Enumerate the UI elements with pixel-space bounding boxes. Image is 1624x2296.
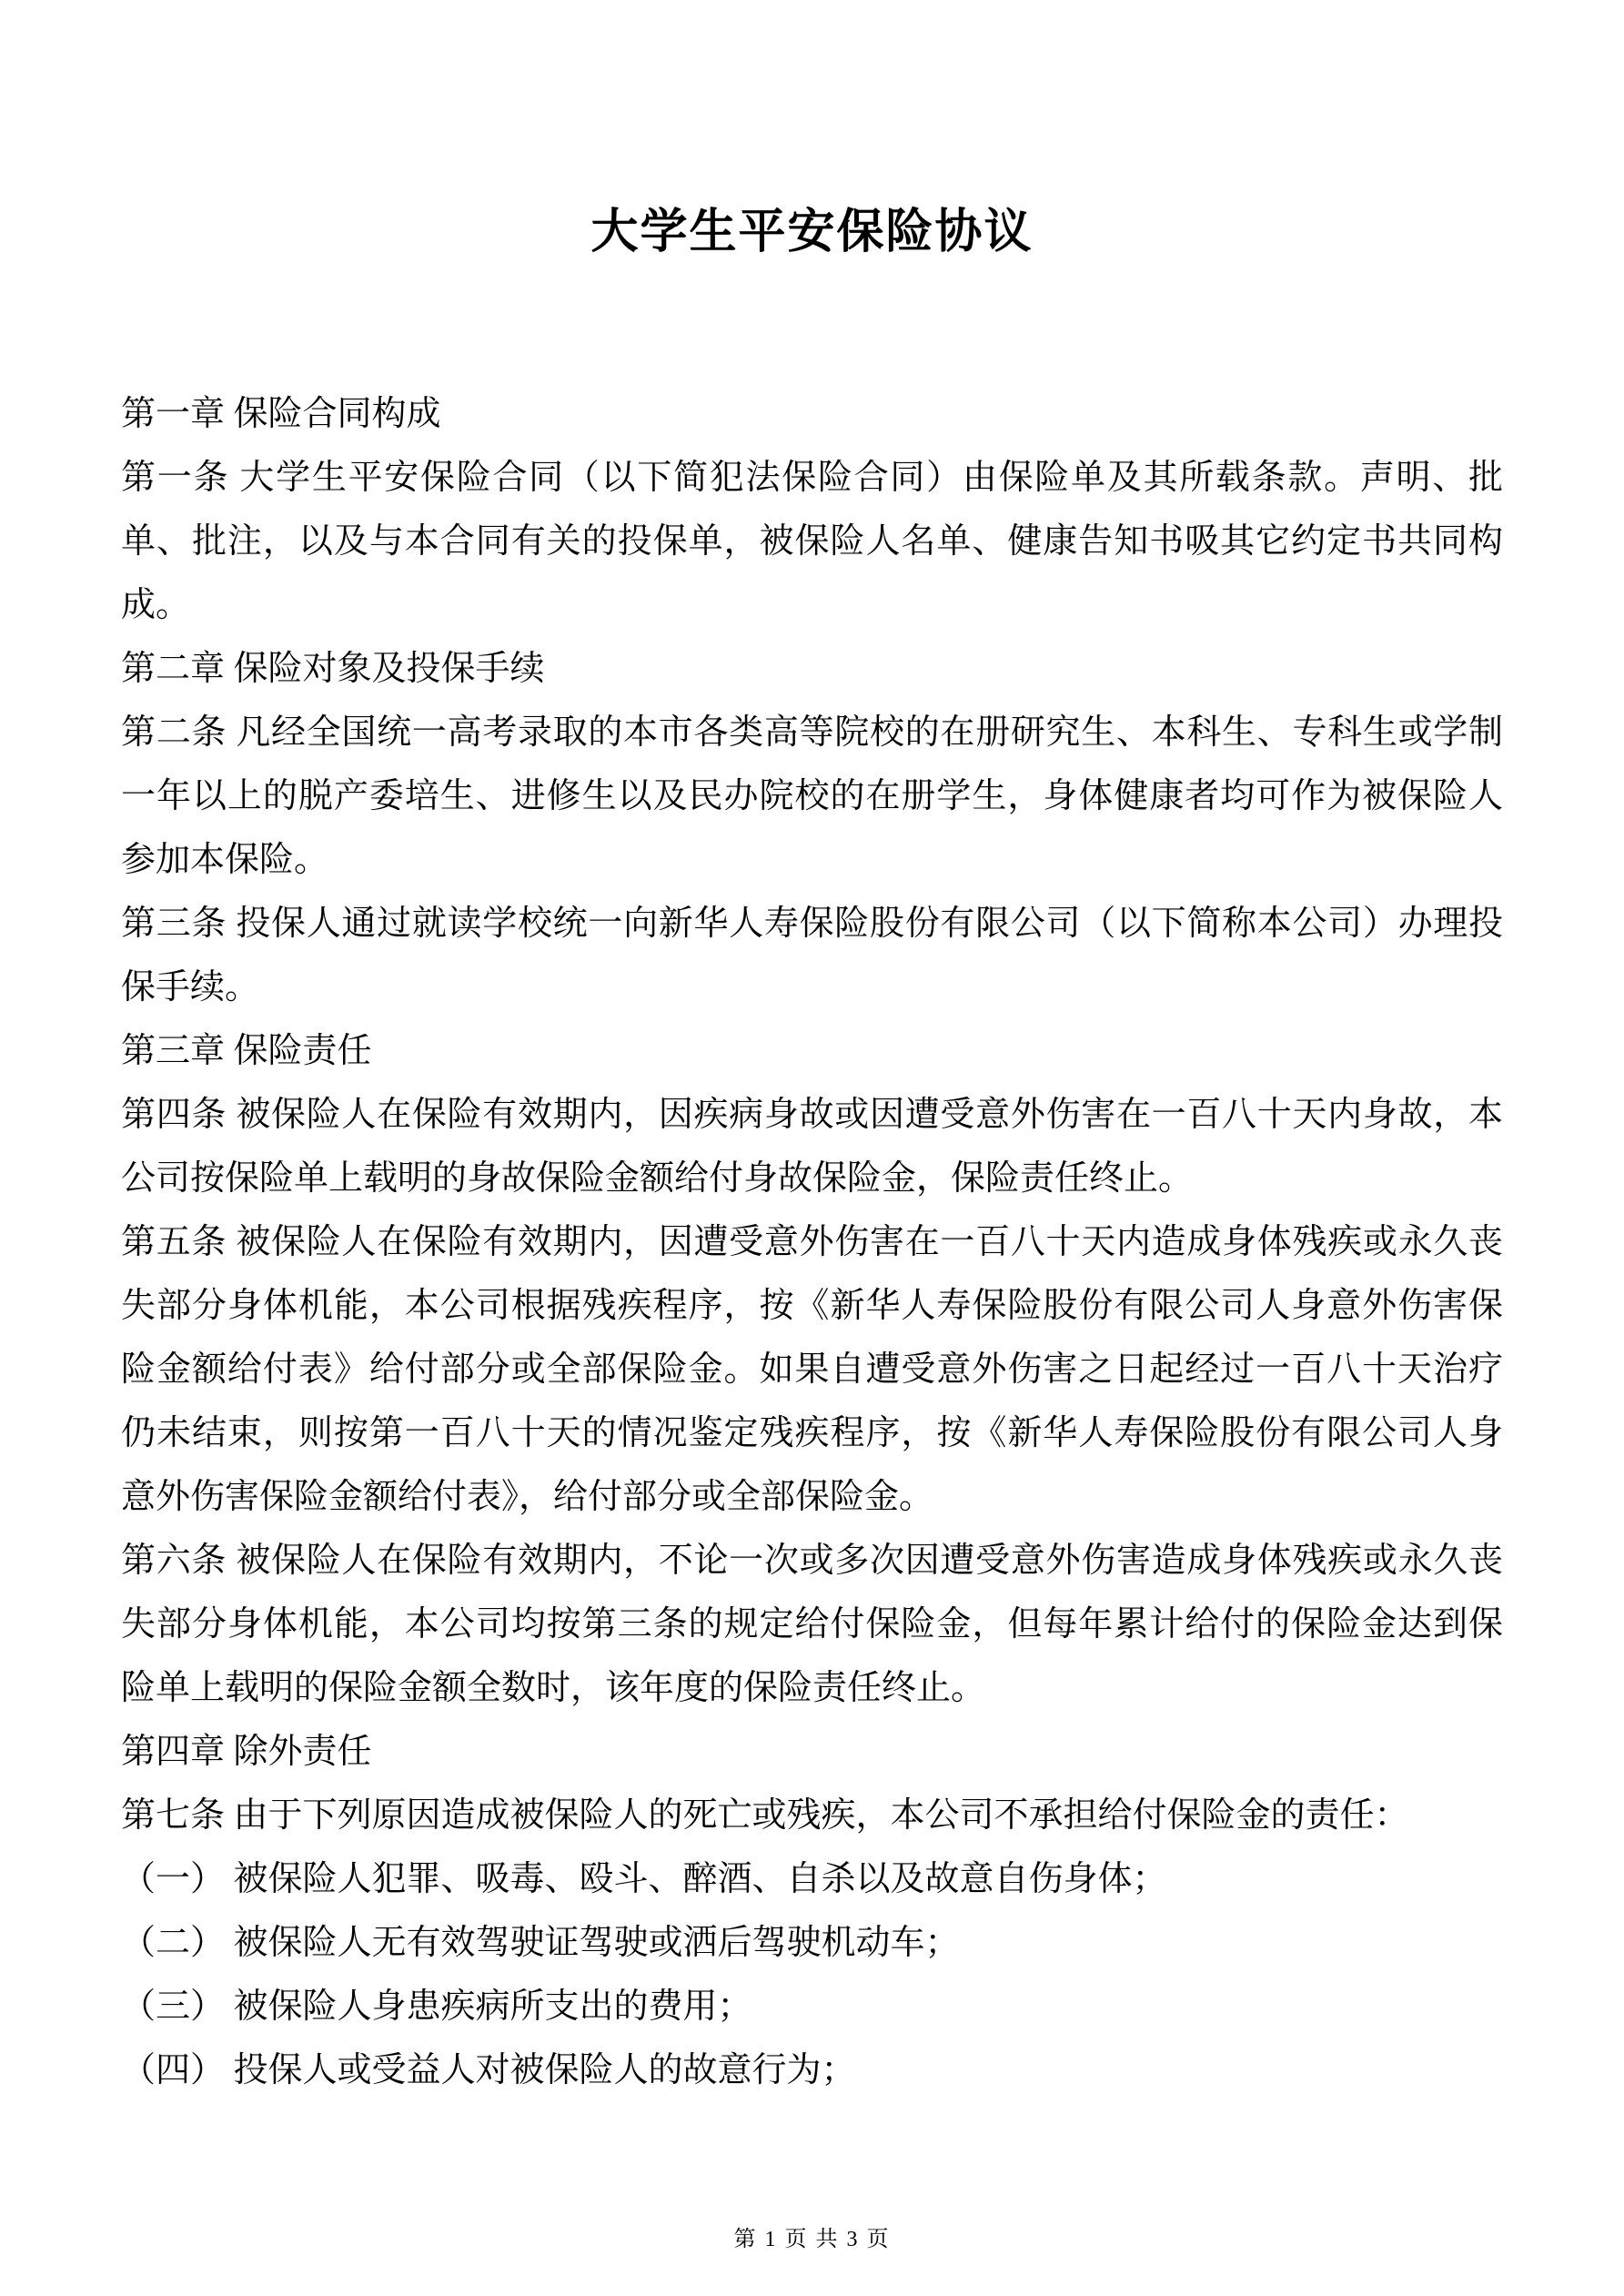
article-paragraph: 第一条 大学生平安保险合同（以下简犯法保险合同）由保险单及其所载条款。声明、批单… xyxy=(121,446,1503,637)
chapter-heading: 第一章 保险合同构成 xyxy=(121,382,1503,446)
article-paragraph: 第五条 被保险人在保险有效期内，因遭受意外伤害在一百八十天内造成身体残疾或永久丧… xyxy=(121,1210,1503,1529)
chapter-heading: 第二章 保险对象及投保手续 xyxy=(121,637,1503,701)
article-paragraph: 第二条 凡经全国统一高考录取的本市各类高等院校的在册研究生、本科生、专科生或学制… xyxy=(121,701,1503,892)
chapter-heading: 第四章 除外责任 xyxy=(121,1720,1503,1784)
article-paragraph: 第七条 由于下列原因造成被保险人的死亡或残疾，本公司不承担给付保险金的责任： xyxy=(121,1784,1503,1847)
list-item: （四） 投保人或受益人对被保险人的故意行为； xyxy=(121,2038,1503,2102)
document-title: 大学生平安保险协议 xyxy=(0,193,1624,261)
document-body: 第一章 保险合同构成 第一条 大学生平安保险合同（以下简犯法保险合同）由保险单及… xyxy=(121,382,1503,2102)
chapter-heading: 第三章 保险责任 xyxy=(121,1019,1503,1083)
list-item: （三） 被保险人身患疾病所支出的费用； xyxy=(121,1975,1503,2038)
article-paragraph: 第三条 投保人通过就读学校统一向新华人寿保险股份有限公司（以下简称本公司）办理投… xyxy=(121,892,1503,1019)
article-paragraph: 第六条 被保险人在保险有效期内，不论一次或多次因遭受意外伤害造成身体残疾或永久丧… xyxy=(121,1529,1503,1720)
article-paragraph: 第四条 被保险人在保险有效期内，因疾病身故或因遭受意外伤害在一百八十天内身故，本… xyxy=(121,1083,1503,1210)
document-page: 大学生平安保险协议 第一章 保险合同构成 第一条 大学生平安保险合同（以下简犯法… xyxy=(0,0,1624,2296)
list-item: （二） 被保险人无有效驾驶证驾驶或洒后驾驶机动车； xyxy=(121,1911,1503,1975)
list-item: （一） 被保险人犯罪、吸毒、殴斗、醉酒、自杀以及故意自伤身体； xyxy=(121,1847,1503,1911)
page-number-footer: 第 1 页 共 3 页 xyxy=(0,2220,1624,2252)
